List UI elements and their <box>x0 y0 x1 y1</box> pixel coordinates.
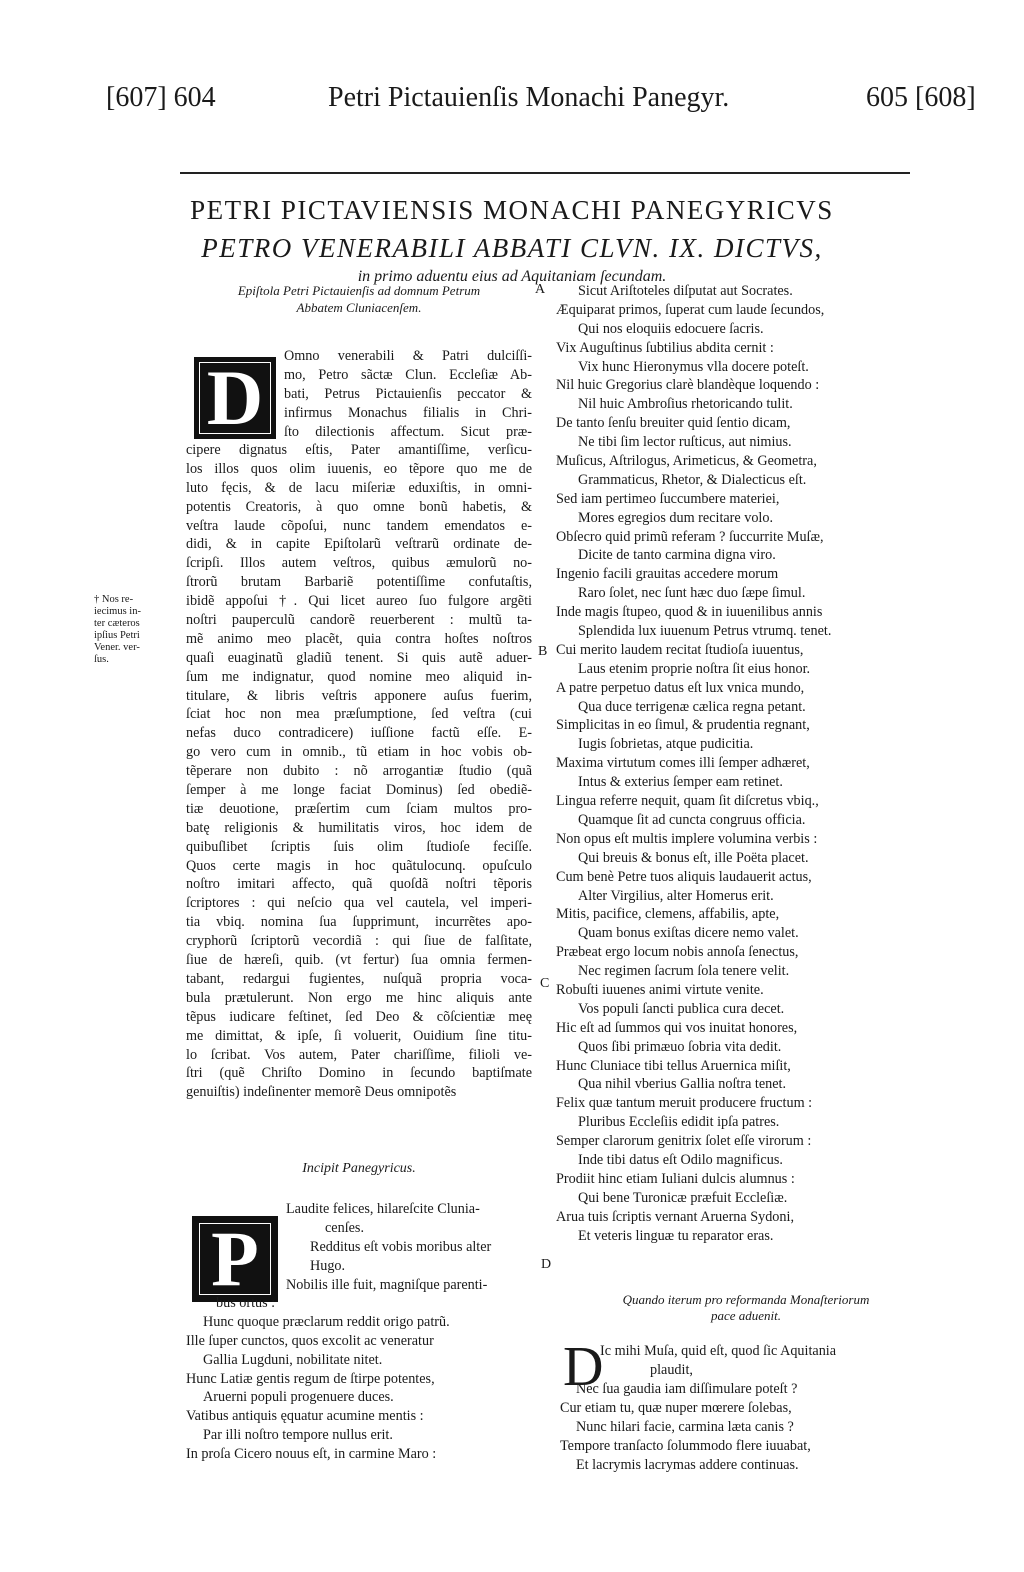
verse-line: bus ortus : <box>186 1294 532 1313</box>
verse-line: Inde tibi datus eſt Odilo magnificus. <box>556 1151 936 1170</box>
verse-line: Pluribus Eccleſiis edidit ipſa patres. <box>556 1113 936 1132</box>
verse-line: Sed iam pertimeo ſuccumbere materiei, <box>556 490 936 509</box>
text-line: batę religionis & humilitatis viros, hoc… <box>186 819 532 838</box>
text-line: ſcripſi. Illos autem veſtros, quibus æmu… <box>186 554 532 573</box>
second-section-heading: Quando iterum pro reformanda Monaſterior… <box>556 1292 936 1324</box>
second-verse-opening: Ic mihi Muſa, quid eſt, quod ſic Aquitan… <box>600 1342 940 1380</box>
text-line: cryphorũ ſcriptorũ vecordiã : qui ſiue d… <box>186 932 532 951</box>
heading-line: Quando iterum pro reformanda Monaſterior… <box>556 1292 936 1308</box>
text-line: ſto dilectionis affectum. Sicut præ- <box>284 423 532 442</box>
text-line: mẽ animo meo placẽt, quia contra hoſtes … <box>186 630 532 649</box>
verse-line: Felix quæ tantum meruit producere fructu… <box>556 1094 936 1113</box>
verse-line: Cum benè Petre tuos aliquis laudauerit a… <box>556 868 936 887</box>
verse-line: Mitis, pacifice, clemens, affabilis, apt… <box>556 905 936 924</box>
verse-line: Raro ſolet, nec ſunt hæc duo ſæpe ſimul. <box>556 584 936 603</box>
note-line: † Nos re- <box>94 594 178 606</box>
text-line: veſtra laude cõpoſui, nunc tandem emenda… <box>186 517 532 536</box>
right-verse: Sicut Ariſtoteles diſputat aut Socrates.… <box>556 282 936 1245</box>
second-verse: Nec ſua gaudia iam diſſimulare poteſt ? … <box>560 1380 940 1474</box>
verse-line: Robuſti iuuenes animi virtute venite. <box>556 981 936 1000</box>
verse-line: Quam bonus exiſtas dicere nemo valet. <box>556 924 936 943</box>
verse-line: De tanto ſenſu breuiter quid ſentio dica… <box>556 414 936 433</box>
text-line: tabant, redargui fugientes, nuſquã propr… <box>186 970 532 989</box>
verse-line: Vos populi ſancti publica cura decet. <box>556 1000 936 1019</box>
text-line: ſiue de hæreſi, quib. (vt fertur) ſua om… <box>186 951 532 970</box>
text-line: noſtro imitari affecto, quã quoſdã noſtr… <box>186 875 532 894</box>
section-marker-c: C <box>540 976 549 992</box>
initial-letter: P <box>199 1223 271 1295</box>
section-marker-a: A <box>535 282 545 298</box>
verse-line: In proſa Cicero nouus eſt, in carmine Ma… <box>186 1445 532 1464</box>
section-marker-b: B <box>538 644 547 660</box>
text-line: tia vbiq. nomina ſua ſupprimunt, incurrẽ… <box>186 913 532 932</box>
verse-line: Obſecro quid primũ referam ? ſuccurrite … <box>556 528 936 547</box>
verse-line: cenſes. <box>286 1219 536 1238</box>
text-line: mo, Petro sãctæ Clun. Eccleſiæ Ab- <box>284 366 532 385</box>
text-line: ſtri (quẽ Chriſto Domino in ſecundo bapt… <box>186 1064 532 1083</box>
main-title: PETRI PICTAVIENSIS MONACHI PANEGYRICVS <box>0 195 1024 226</box>
verse-line: Præbeat ergo locum nobis annoſa ſenectus… <box>556 943 936 962</box>
verse-line: Et lacrymis lacrymas addere continuas. <box>560 1456 940 1475</box>
text-line: genuiſtis) indeſinenter memorẽ Deus omni… <box>186 1083 532 1102</box>
panegyric-verse: bus ortus : Hunc quoque præclarum reddit… <box>186 1294 532 1464</box>
text-line: luto fęcis, & de lacu miſeriæ eduxiſtis,… <box>186 479 532 498</box>
verse-line: Cui merito laudem recitat ſtudioſa iuuen… <box>556 641 936 660</box>
verse-line: Aruerni populi progenuere duces. <box>186 1388 532 1407</box>
verse-line: Ic mihi Muſa, quid eſt, quod ſic Aquitan… <box>600 1342 940 1361</box>
verse-line: Sicut Ariſtoteles diſputat aut Socrates. <box>556 282 936 301</box>
verse-line: Ille ſuper cunctos, quos excolit ac vene… <box>186 1332 532 1351</box>
verse-line: Qui breuis & bonus eſt, ille Poëta place… <box>556 849 936 868</box>
text-line: tiæ deuotione, præſertim cum ſciam multo… <box>186 800 532 819</box>
verse-line: Qui nos eloquiis edocuere ſacris. <box>556 320 936 339</box>
epistle-heading-line: Epiſtola Petri Pictauienſis ad domnum Pe… <box>186 282 532 299</box>
margin-note: † Nos re- iecimus in- ter cæteros ipſius… <box>94 594 178 666</box>
text-line: titulare, & libris veſtris apponere auſu… <box>186 687 532 706</box>
text-line: quaſi euaginatũ gladiũ tenent. Si quis a… <box>186 649 532 668</box>
note-line: ſus. <box>94 654 178 666</box>
verse-line: Lingua referre nequit, quam ſit diſcretu… <box>556 792 936 811</box>
verse-line: Æquiparat primos, ſuperat cum laude ſecu… <box>556 301 936 320</box>
heading-line: pace aduenit. <box>556 1308 936 1324</box>
text-line: infirmus Monachus filialis in Chri- <box>284 404 532 423</box>
section-marker-d: D <box>541 1257 551 1273</box>
verse-line: Alter Virgilius, alter Homerus erit. <box>556 887 936 906</box>
verse-line: Dicite de tanto carmina digna viro. <box>556 546 936 565</box>
text-line: ſciat hoc non mea præſumptione, ſed veſt… <box>186 705 532 724</box>
verse-line: Muſicus, Aſtrilogus, Arimeticus, & Geome… <box>556 452 936 471</box>
verse-line: Hunc Latiæ gentis regum de ſtirpe potent… <box>186 1370 532 1389</box>
text-line: noſtri pauperculũ candorẽ reuerberent : … <box>186 611 532 630</box>
text-line: bula prætulerunt. Non ergo me hinc aliqu… <box>186 989 532 1008</box>
note-line: Vener. ver- <box>94 642 178 654</box>
text-line: ſemper à me longe faciat Dominus) ſed ob… <box>186 781 532 800</box>
verse-line: Hunc Cluniace tibi tellus Aruernica miſi… <box>556 1057 936 1076</box>
text-line: me dimittat, & ipſe, ſi voluerit, Ouidiu… <box>186 1027 532 1046</box>
verse-line: Iugis ſobrietas, atque pudicitia. <box>556 735 936 754</box>
page-number-left: [607] 604 <box>106 82 216 114</box>
verse-line: Qua nihil vberius Gallia noſtra tenet. <box>556 1075 936 1094</box>
verse-line: Simplicitas in eo ſimul, & prudentia reg… <box>556 716 936 735</box>
text-line: Quos certe magis in hoc quãtulocunq. opu… <box>186 857 532 876</box>
text-line: didi, & in capite Epiſtolarũ veſtrarũ or… <box>186 535 532 554</box>
verse-line: Mores egregios dum recitare volo. <box>556 509 936 528</box>
verse-line: Redditus eſt vobis moribus alter <box>286 1238 536 1257</box>
panegyric-opening: Laudite felices, hilareſcite Clunia- cen… <box>286 1200 536 1294</box>
verse-line: Semper clarorum genitrix ſolet eſſe viro… <box>556 1132 936 1151</box>
verse-line: Hunc quoque præclarum reddit origo patrũ… <box>186 1313 532 1332</box>
text-line: tẽperare non dubito : nõ arrogantiæ ſtud… <box>186 762 532 781</box>
running-title: Petri Pictauienſis Monachi Panegyr. <box>328 82 729 114</box>
verse-line: plaudit, <box>600 1361 940 1380</box>
verse-line: Par illi noſtro tempore nullus erit. <box>186 1426 532 1445</box>
verse-line: Intus & exterius ſemper eam retinet. <box>556 773 936 792</box>
text-line: go vero cum in omnib., tũ etiam in hoc v… <box>186 743 532 762</box>
text-line: ſum me indignatur, quod nomine meo aliqu… <box>186 668 532 687</box>
verse-line: Nil huic Ambroſius rhetoricando tulit. <box>556 395 936 414</box>
verse-line: Vatibus antiquis ęquatur acumine mentis … <box>186 1407 532 1426</box>
verse-line: Grammaticus, Rhetor, & Dialecticus eſt. <box>556 471 936 490</box>
verse-line: Nobilis ille fuit, magniſque parenti- <box>286 1276 536 1295</box>
verse-line: Inde magis ſtupeo, quod & in iuuenilibus… <box>556 603 936 622</box>
text-line: ſtrorũ brutam Barbariẽ potentiſſime conf… <box>186 573 532 592</box>
verse-line: Nec regimen ſacrum ſola tenere velit. <box>556 962 936 981</box>
text-line: lo ſcribat. Vos autem, Pater chariſſime,… <box>186 1046 532 1065</box>
verse-line: Ne tibi ſim lector ruſticus, aut nimius. <box>556 433 936 452</box>
text-line: Omno venerabili & Patri dulciſſi- <box>284 347 532 366</box>
verse-line: Laus etenim proprie noſtra ſit eius hono… <box>556 660 936 679</box>
note-line: ter cæteros <box>94 618 178 630</box>
verse-line: Qui bene Turonicæ præfuit Eccleſiæ. <box>556 1189 936 1208</box>
verse-line: Arua tuis ſcriptis vernant Aruerna Sydon… <box>556 1208 936 1227</box>
epistle-opening: Omno venerabili & Patri dulciſſi- mo, Pe… <box>284 347 532 441</box>
text-line: nefas duco contradicere) iuſſione factũ … <box>186 724 532 743</box>
verse-line: Quos ſibi primæuo ſobria vita dedit. <box>556 1038 936 1057</box>
verse-line: Tempore tranſacto ſolummodo flere iuuaba… <box>560 1437 940 1456</box>
text-line: ſcriptores : qui neſcio qua vel cautela,… <box>186 894 532 913</box>
verse-line: Nil huic Gregorius clarè blandèque loque… <box>556 376 936 395</box>
panegyric-heading: Incipit Panegyricus. <box>186 1161 532 1177</box>
epistle-heading-line: Abbatem Cluniacenſem. <box>186 299 532 316</box>
decorated-initial-p: P <box>192 1216 278 1302</box>
verse-line: Qua duce terrigenæ cælica regna petant. <box>556 698 936 717</box>
epistle-heading: Epiſtola Petri Pictauienſis ad domnum Pe… <box>186 282 532 316</box>
verse-line: Maxima virtutum comes illi ſemper adhære… <box>556 754 936 773</box>
subtitle: PETRO VENERABILI ABBATI CLVN. IX. DICTVS… <box>0 233 1024 264</box>
verse-line: Cur etiam tu, quæ nuper mœrere ſolebas, <box>560 1399 940 1418</box>
text-line: los illos quos olim iuuenis, eo tẽpore q… <box>186 460 532 479</box>
header-rule <box>180 172 910 174</box>
decorated-initial-d: D <box>194 357 276 439</box>
note-line: iecimus in- <box>94 606 178 618</box>
verse-line: Quamque ſit ad cuncta congruus officia. <box>556 811 936 830</box>
verse-line: Hic eſt ad ſummos qui vos inuitat honore… <box>556 1019 936 1038</box>
verse-line: Vix Auguſtinus ſubtilius abdita cernit : <box>556 339 936 358</box>
verse-line: Non opus eſt multis implere volumina ver… <box>556 830 936 849</box>
text-line: potentis Creatoris, à quo omne bonũ habe… <box>186 498 532 517</box>
verse-line: Vix hunc Hieronymus vlla docere poteſt. <box>556 358 936 377</box>
verse-line: Hugo. <box>286 1257 536 1276</box>
epistle-body: cipere dignatus eſtis, Pater amantiſſime… <box>186 441 532 1102</box>
verse-line: Prodiit hinc etiam Iuliani dulcis alumnu… <box>556 1170 936 1189</box>
verse-line: Ingenio facili grauitas accedere morum <box>556 565 936 584</box>
verse-line: Et veteris linguæ tu reparator eras. <box>556 1227 936 1246</box>
text-line: cipere dignatus eſtis, Pater amantiſſime… <box>186 441 532 460</box>
verse-line: Nunc hilari facie, carmina læta canis ? <box>560 1418 940 1437</box>
note-line: ipſius Petri <box>94 630 178 642</box>
text-line: ibidẽ appoſui †. Qui licet aureo ſuo ful… <box>186 592 532 611</box>
page-number-right: 605 [608] <box>866 82 976 114</box>
verse-line: Gallia Lugduni, nobilitate nitet. <box>186 1351 532 1370</box>
verse-line: A patre perpetuo datus eſt lux vnica mun… <box>556 679 936 698</box>
text-line: quibuſlibet ſcriptis ſuis olim ſtudioſe … <box>186 838 532 857</box>
verse-line: Laudite felices, hilareſcite Clunia- <box>286 1200 536 1219</box>
running-head: [607] 604 Petri Pictauienſis Monachi Pan… <box>0 82 1024 132</box>
verse-line: Splendida lux iuuenum Petrus vtrumq. ten… <box>556 622 936 641</box>
text-line: bati, Petrus Pictauienſis peccator & <box>284 385 532 404</box>
initial-letter: D <box>199 362 271 434</box>
verse-line: Nec ſua gaudia iam diſſimulare poteſt ? <box>560 1380 940 1399</box>
text-line: tẽpus iudicare feſtinet, ſed Deo & cõſci… <box>186 1008 532 1027</box>
